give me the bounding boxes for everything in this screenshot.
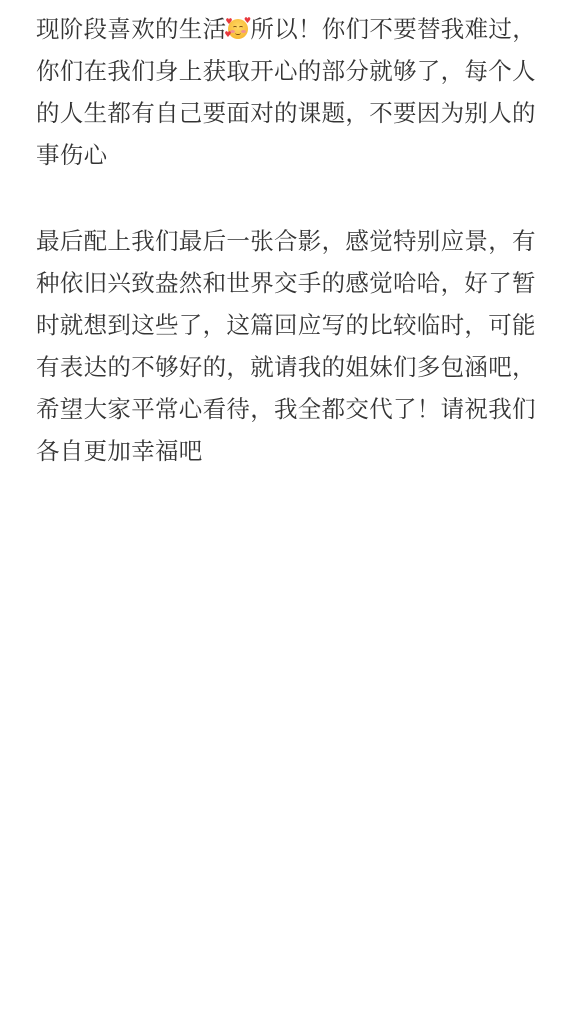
paragraph-2: 最后配上我们最后一张合影，感觉特别应景，有种依旧兴致盎然和世界交手的感觉哈哈，好… <box>36 220 540 472</box>
smiling-face-with-hearts-icon: ♥♥♥ <box>227 18 249 40</box>
paragraph-1: 现阶段喜欢的生活♥♥♥所以！你们不要替我难过，你们在我们身上获取开心的部分就够了… <box>36 8 540 176</box>
paragraph-1-text-start: 现阶段喜欢的生活 <box>36 15 226 43</box>
article-body: 现阶段喜欢的生活♥♥♥所以！你们不要替我难过，你们在我们身上获取开心的部分就够了… <box>36 8 540 472</box>
